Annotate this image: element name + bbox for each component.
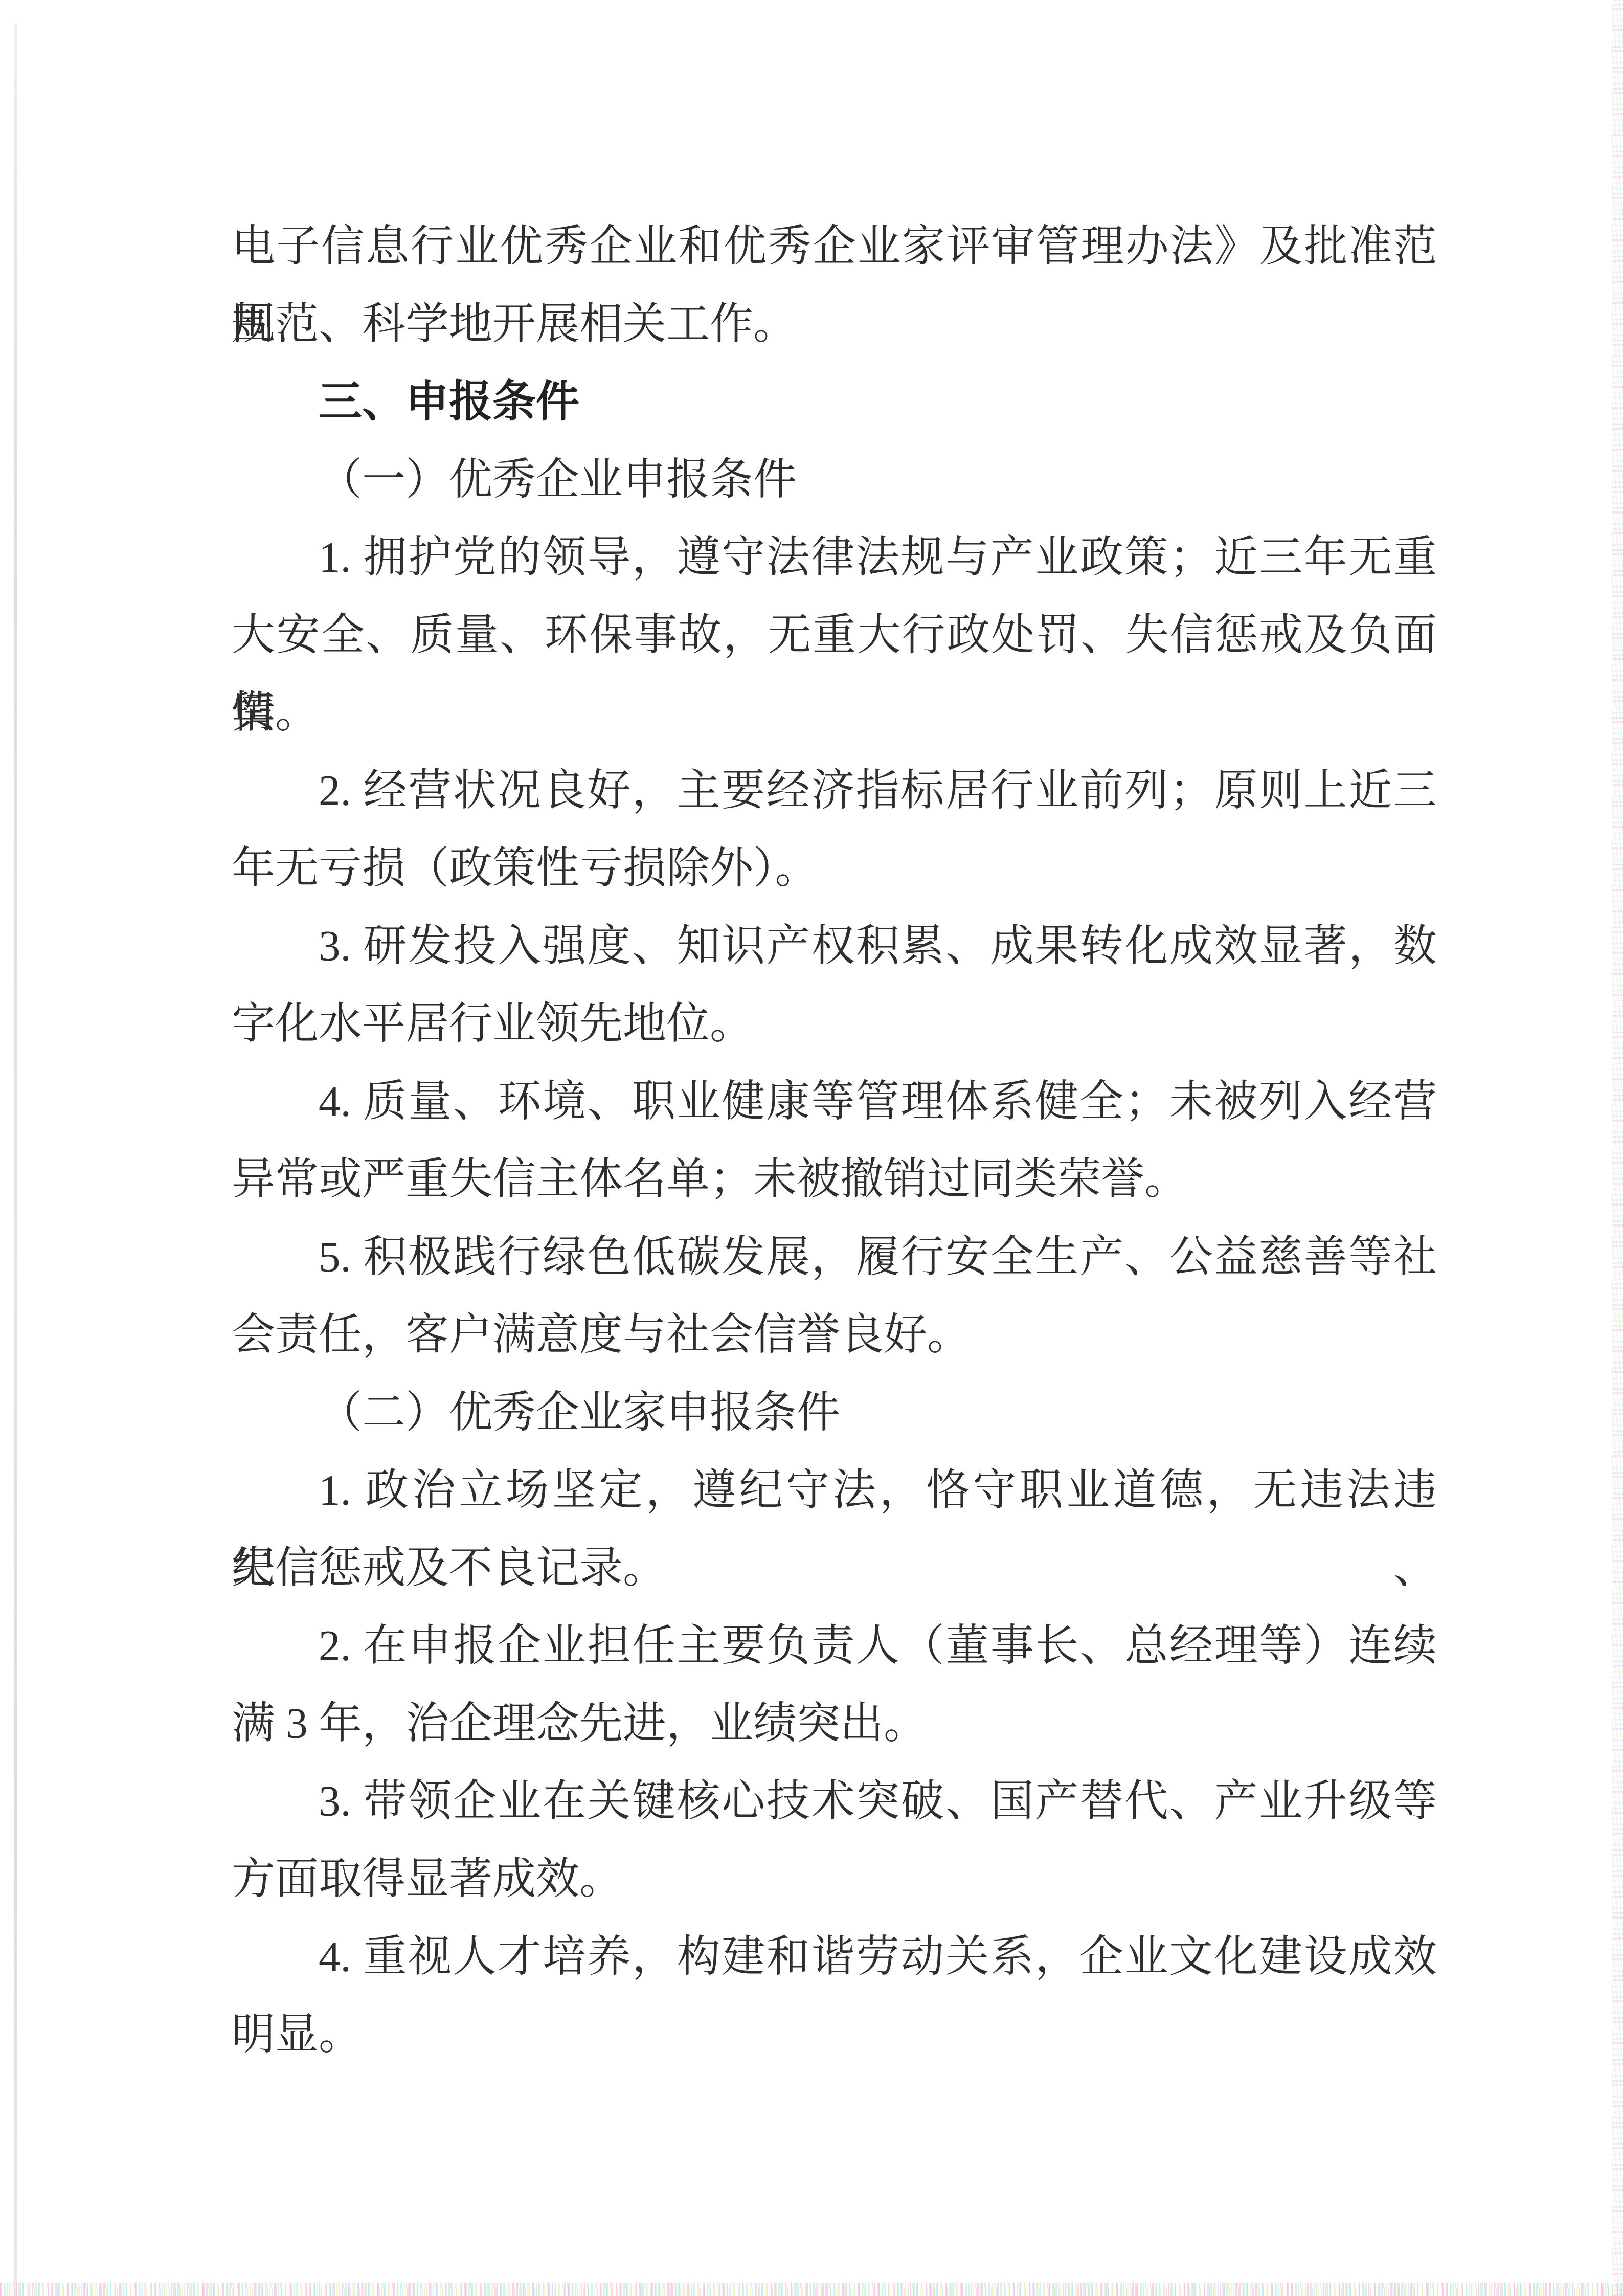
text-line: 4. 质量、环境、职业健康等管理体系健全；未被列入经营 — [232, 1063, 1437, 1141]
text-line: 方面取得显著成效。 — [232, 1840, 1437, 1918]
text-line: 字化水平居行业领先地位。 — [232, 985, 1437, 1063]
scan-artifact-line — [14, 23, 17, 2296]
sub-heading: （二）优秀企业家申报条件 — [232, 1374, 1437, 1452]
text-line: 2. 经营状况良好，主要经济指标居行业前列；原则上近三 — [232, 752, 1437, 830]
text-line: 情。 — [232, 674, 1437, 752]
scan-noise-bottom — [0, 2283, 1623, 2296]
text-line: 3. 带领企业在关键核心技术突破、国产替代、产业升级等 — [232, 1763, 1437, 1840]
document-page: 电子信息行业优秀企业和优秀企业家评审管理办法》及批准范围 规范、科学地开展相关工… — [0, 0, 1623, 2296]
text-line: 满 3 年，治企理念先进，业绩突出。 — [232, 1685, 1437, 1763]
sub-heading: （一）优秀企业申报条件 — [232, 441, 1437, 519]
text-line: 会责任，客户满意度与社会信誉良好。 — [232, 1296, 1437, 1374]
text-line: 1. 拥护党的领导，遵守法律法规与产业政策；近三年无重 — [232, 519, 1437, 596]
text-line: 1. 政治立场坚定，遵纪守法，恪守职业道德，无违法违纪、 — [232, 1452, 1437, 1529]
text-line: 4. 重视人才培养，构建和谐劳动关系，企业文化建设成效 — [232, 1918, 1437, 1996]
text-line: 2. 在申报企业担任主要负责人（董事长、总经理等）连续 — [232, 1607, 1437, 1685]
text-line: 大安全、质量、环保事故，无重大行政处罚、失信惩戒及负面舆 — [232, 596, 1437, 674]
document-body: 电子信息行业优秀企业和优秀企业家评审管理办法》及批准范围 规范、科学地开展相关工… — [232, 208, 1437, 2074]
scan-noise-right — [1612, 0, 1623, 2296]
text-line: 异常或严重失信主体名单；未被撤销过同类荣誉。 — [232, 1141, 1437, 1218]
text-line: 规范、科学地开展相关工作。 — [232, 285, 1437, 363]
text-line: 年无亏损（政策性亏损除外）。 — [232, 830, 1437, 907]
text-line: 3. 研发投入强度、知识产权积累、成果转化成效显著，数 — [232, 907, 1437, 985]
text-line: 电子信息行业优秀企业和优秀企业家评审管理办法》及批准范围 — [232, 208, 1437, 285]
text-line: 5. 积极践行绿色低碳发展，履行安全生产、公益慈善等社 — [232, 1218, 1437, 1296]
text-line: 明显。 — [232, 1996, 1437, 2074]
section-heading: 三、申报条件 — [232, 363, 1437, 441]
